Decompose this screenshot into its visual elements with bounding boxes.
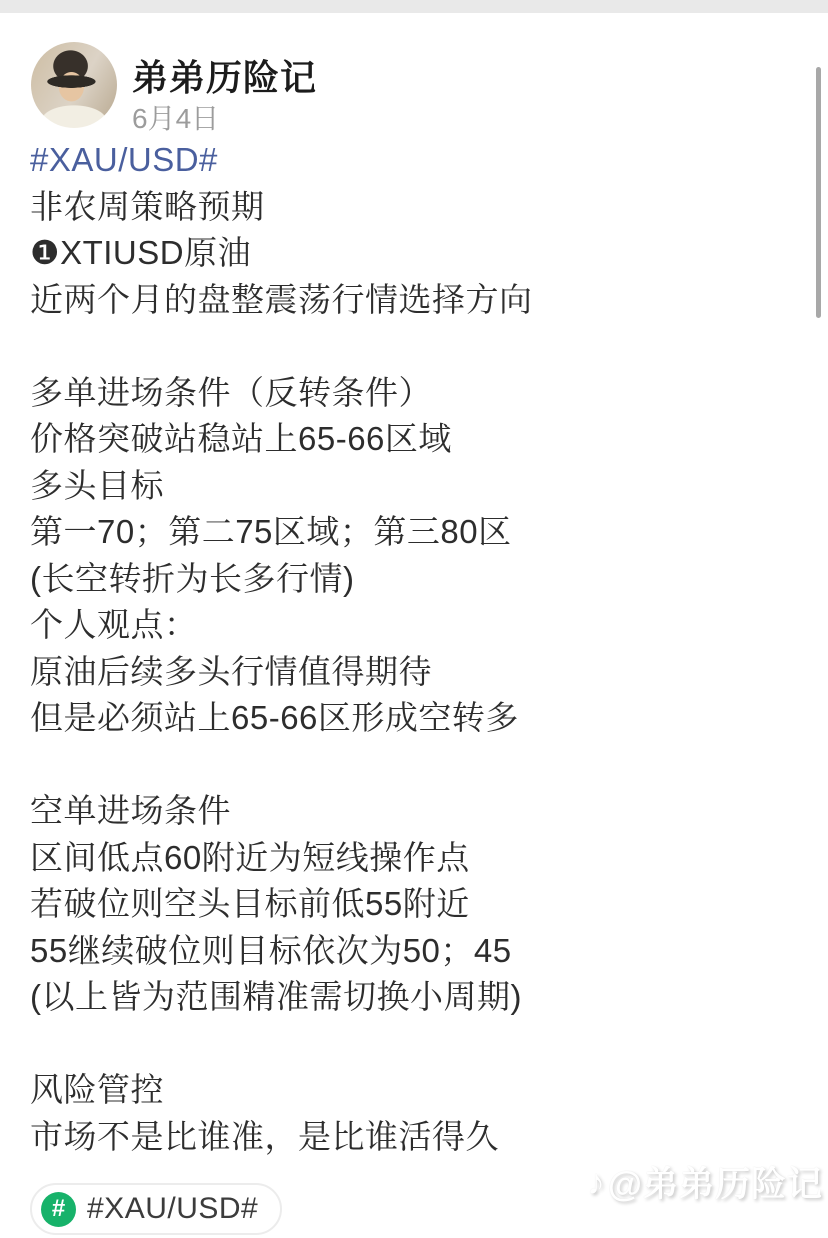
post-body: #XAU/USD#非农周策略预期❶XTIUSD原油近两个月的盘整震荡行情选择方向… — [30, 137, 802, 1160]
post-line: ❶XTIUSD原油 — [30, 230, 802, 277]
post-line — [30, 1021, 802, 1068]
post-line: 风险管控 — [30, 1067, 802, 1114]
post-line: 多单进场条件（反转条件） — [30, 370, 802, 417]
scrollbar-thumb[interactable] — [816, 67, 821, 318]
post-line: 第一70；第二75区域；第三80区 — [30, 509, 802, 556]
post-line: 55继续破位则目标依次为50；45 — [30, 928, 802, 975]
hashtag-chip-label: #XAU/USD# — [87, 1192, 258, 1226]
post-line — [30, 742, 802, 789]
post-line: 非农周策略预期 — [30, 184, 802, 231]
post-line: 近两个月的盘整震荡行情选择方向 — [30, 277, 802, 324]
avatar[interactable] — [31, 42, 117, 128]
post-line: 但是必须站上65-66区形成空转多 — [30, 695, 802, 742]
post-line: (以上皆为范围精准需切换小周期) — [30, 974, 802, 1021]
post-line: (长空转折为长多行情) — [30, 556, 802, 603]
post-line: 原油后续多头行情值得期待 — [30, 649, 802, 696]
watermark: ♪ @弟弟历险记 — [587, 1157, 823, 1207]
post-line — [30, 323, 802, 370]
hashtag-link[interactable]: #XAU/USD# — [30, 137, 802, 184]
post-date: 6月4日 — [132, 97, 219, 137]
top-divider-strip — [0, 0, 828, 13]
username[interactable]: 弟弟历险记 — [132, 50, 317, 101]
hashtag-icon: # — [41, 1192, 76, 1227]
post-line: 若破位则空头目标前低55附近 — [30, 881, 802, 928]
post-line: 多头目标 — [30, 463, 802, 510]
hashtag-chip[interactable]: # #XAU/USD# — [30, 1183, 282, 1235]
post-line: 市场不是比谁准，是比谁活得久 — [30, 1114, 802, 1161]
douyin-note-icon: ♪ — [587, 1161, 606, 1203]
post-line: 区间低点60附近为短线操作点 — [30, 835, 802, 882]
post-line: 价格突破站稳站上65-66区域 — [30, 416, 802, 463]
watermark-handle: @弟弟历险记 — [608, 1157, 823, 1207]
post-line: 空单进场条件 — [30, 788, 802, 835]
post-line: 个人观点： — [30, 602, 802, 649]
